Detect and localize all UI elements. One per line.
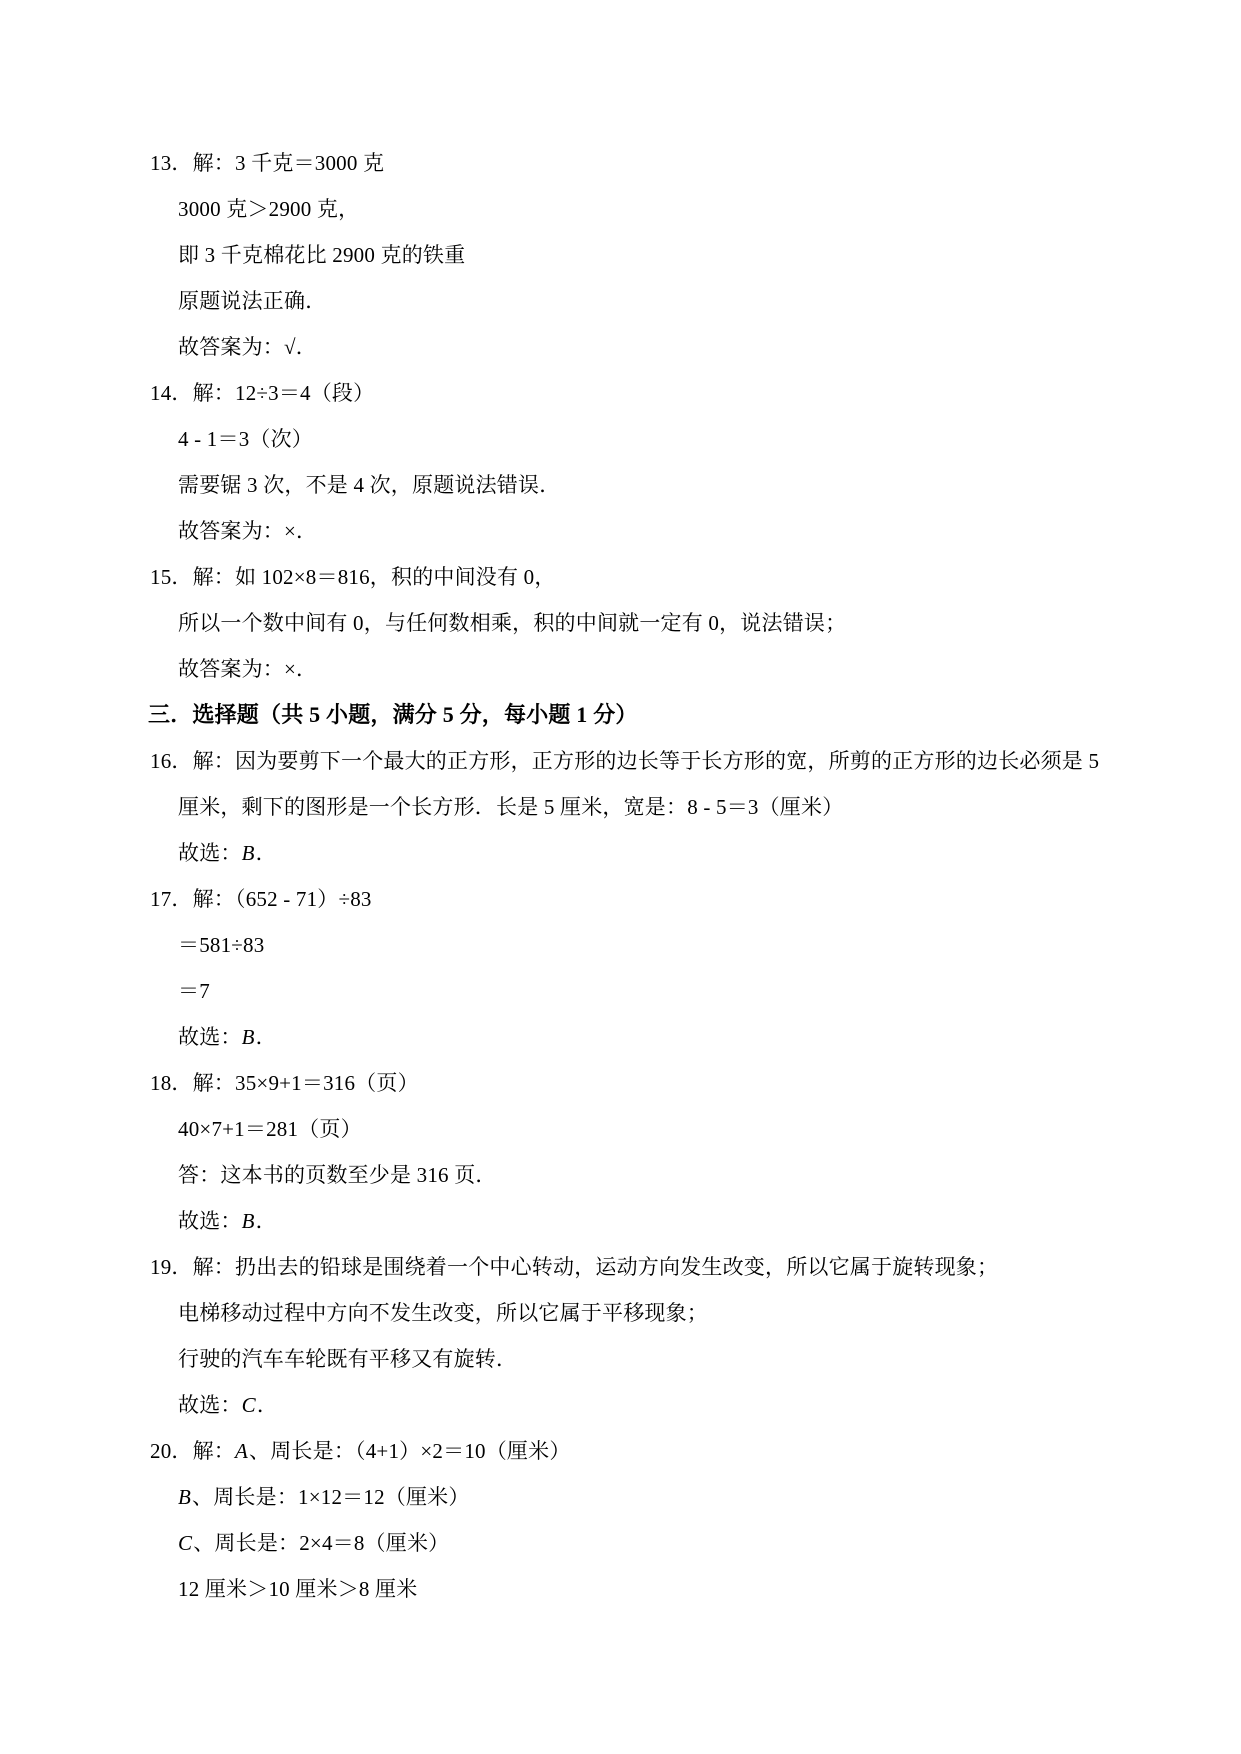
solution-line: 行驶的汽车车轮既有平移又有旋转． [178,1336,1115,1382]
text-run: 、周长是：2×4＝8（厘米） [193,1531,449,1555]
solution-line: 4 - 1＝3（次） [178,416,1115,462]
solution-item-19: 19．解：扔出去的铅球是围绕着一个中心转动，运动方向发生改变，所以它属于旋转现象… [150,1244,1115,1428]
answer-sheet-content: 13．解：3 千克＝3000 克 3000 克＞2900 克， 即 3 千克棉花… [150,140,1115,1612]
solution-item-16: 16．解：因为要剪下一个最大的正方形，正方形的边长等于长方形的宽，所剪的正方形的… [150,738,1115,876]
solution-line: 15．解：如 102×8＝816，积的中间没有 0， [150,554,1115,600]
solution-line: ＝7 [178,968,1115,1014]
solution-line: 18．解：35×9+1＝316（页） [150,1060,1115,1106]
solution-item-20: 20．解：A、周长是：（4+1）×2＝10（厘米） B、周长是：1×12＝12（… [150,1428,1115,1612]
text-run: 所以一个数中间有 0，与任何数相乘，积的中间就一定有 0，说法错误； [178,611,846,635]
solution-item-18: 18．解：35×9+1＝316（页） 40×7+1＝281（页） 答：这本书的页… [150,1060,1115,1244]
text-run: ． [256,841,277,865]
solution-line: 答：这本书的页数至少是 316 页． [178,1152,1115,1198]
text-run: 13．解：3 千克＝3000 克 [150,151,384,175]
solution-line: 3000 克＞2900 克， [178,186,1115,232]
text-run: 故答案为：×． [178,657,317,681]
document-page: 13．解：3 千克＝3000 克 3000 克＞2900 克， 即 3 千克棉花… [0,0,1241,1754]
solution-line: 13．解：3 千克＝3000 克 [150,140,1115,186]
italic-letter: A [235,1439,249,1463]
text-run: 故答案为：√． [178,335,317,359]
solution-line: 所以一个数中间有 0，与任何数相乘，积的中间就一定有 0，说法错误； [178,600,1115,646]
italic-letter: B [178,1485,192,1509]
text-run: 需要锯 3 次，不是 4 次，原题说法错误． [178,473,560,497]
text-run: 、周长是：（4+1）×2＝10（厘米） [249,1439,571,1463]
text-run: 20．解： [150,1439,235,1463]
solution-line: C、周长是：2×4＝8（厘米） [178,1520,1115,1566]
italic-letter: B [242,1025,256,1049]
solution-line: 40×7+1＝281（页） [178,1106,1115,1152]
solution-line: ＝581÷83 [178,922,1115,968]
section-header-choice-questions: 三．选择题（共 5 小题，满分 5 分，每小题 1 分） [148,692,1115,738]
solution-line: B、周长是：1×12＝12（厘米） [178,1474,1115,1520]
text-run: ＝581÷83 [178,933,264,957]
text-run: 故选： [178,1025,242,1049]
solution-line: 故答案为：√． [178,324,1115,370]
text-run: 故答案为：×． [178,519,317,543]
text-run: 4 - 1＝3（次） [178,427,313,451]
text-run: ． [256,1025,277,1049]
text-run: 3000 克＞2900 克， [178,197,359,221]
solution-line: 需要锯 3 次，不是 4 次，原题说法错误． [178,462,1115,508]
text-run: 19．解：扔出去的铅球是围绕着一个中心转动，运动方向发生改变，所以它属于旋转现象… [150,1255,998,1279]
text-run: 即 3 千克棉花比 2900 克的铁重 [178,243,465,267]
solution-line: 故选：B． [178,1014,1115,1060]
text-run: 故选： [178,1393,242,1417]
solution-line: 即 3 千克棉花比 2900 克的铁重 [178,232,1115,278]
text-run: 故选： [178,841,242,865]
text-run: ． [257,1393,278,1417]
text-run: ． [256,1209,277,1233]
text-run: ＝7 [178,979,210,1003]
italic-letter: C [178,1531,193,1555]
solution-line: 故选：C． [178,1382,1115,1428]
solution-line: 故答案为：×． [178,646,1115,692]
solution-line: 厘米，剩下的图形是一个长方形．长是 5 厘米，宽是：8 - 5＝3（厘米） [178,784,1115,830]
solution-item-17: 17．解：（652 - 71）÷83 ＝581÷83 ＝7 故选：B． [150,876,1115,1060]
text-run: 16．解：因为要剪下一个最大的正方形，正方形的边长等于长方形的宽，所剪的正方形的… [150,749,1099,773]
solution-line: 14．解：12÷3＝4（段） [150,370,1115,416]
solution-line: 17．解：（652 - 71）÷83 [150,876,1115,922]
solution-line: 电梯移动过程中方向不发生改变，所以它属于平移现象； [178,1290,1115,1336]
solution-line: 故选：B． [178,1198,1115,1244]
solution-item-15: 15．解：如 102×8＝816，积的中间没有 0， 所以一个数中间有 0，与任… [150,554,1115,692]
text-run: 15．解：如 102×8＝816，积的中间没有 0， [150,565,556,589]
solution-item-14: 14．解：12÷3＝4（段） 4 - 1＝3（次） 需要锯 3 次，不是 4 次… [150,370,1115,554]
text-run: 三．选择题（共 5 小题，满分 5 分，每小题 1 分） [148,702,638,727]
solution-line: 故选：B． [178,830,1115,876]
solution-line: 19．解：扔出去的铅球是围绕着一个中心转动，运动方向发生改变，所以它属于旋转现象… [150,1244,1115,1290]
italic-letter: C [242,1393,257,1417]
text-run: 行驶的汽车车轮既有平移又有旋转． [178,1347,517,1371]
text-run: 18．解：35×9+1＝316（页） [150,1071,419,1095]
text-run: 答：这本书的页数至少是 316 页． [178,1163,497,1187]
text-run: 40×7+1＝281（页） [178,1117,362,1141]
text-run: 故选： [178,1209,242,1233]
text-run: 17．解：（652 - 71）÷83 [150,887,372,911]
italic-letter: B [242,841,256,865]
text-run: 12 厘米＞10 厘米＞8 厘米 [178,1577,417,1601]
solution-line: 16．解：因为要剪下一个最大的正方形，正方形的边长等于长方形的宽，所剪的正方形的… [150,738,1115,784]
italic-letter: B [242,1209,256,1233]
solution-item-13: 13．解：3 千克＝3000 克 3000 克＞2900 克， 即 3 千克棉花… [150,140,1115,370]
text-run: 电梯移动过程中方向不发生改变，所以它属于平移现象； [178,1301,708,1325]
solution-line: 20．解：A、周长是：（4+1）×2＝10（厘米） [150,1428,1115,1474]
text-run: 原题说法正确． [178,289,326,313]
text-run: 厘米，剩下的图形是一个长方形．长是 5 厘米，宽是：8 - 5＝3（厘米） [178,795,843,819]
text-run: 、周长是：1×12＝12（厘米） [192,1485,470,1509]
solution-line: 原题说法正确． [178,278,1115,324]
text-run: 14．解：12÷3＝4（段） [150,381,374,405]
solution-line: 12 厘米＞10 厘米＞8 厘米 [178,1566,1115,1612]
solution-line: 故答案为：×． [178,508,1115,554]
